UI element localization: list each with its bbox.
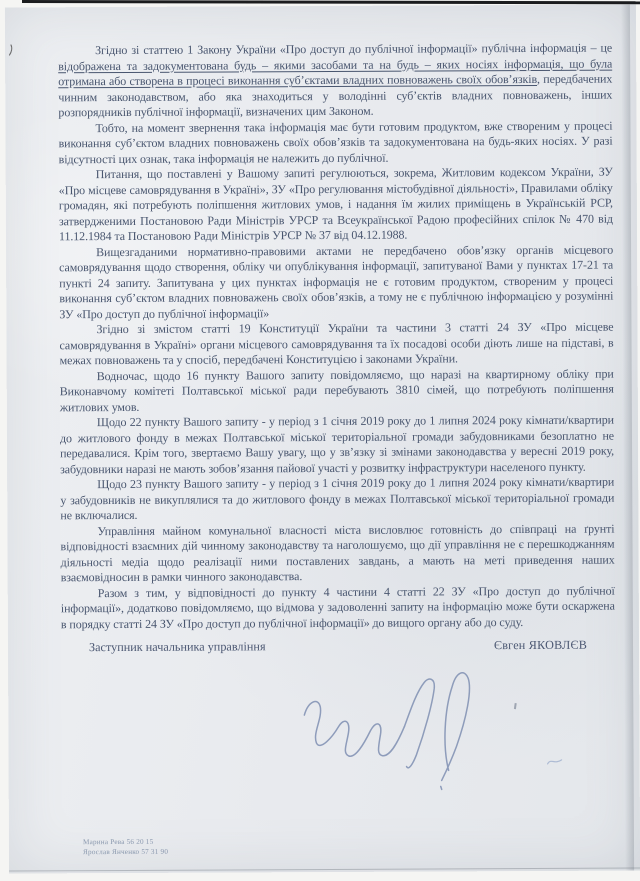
document-paragraph: Разом з тим, у відповідності до пункту 4… [61, 583, 615, 632]
signature-scribble-icon [298, 661, 484, 794]
document-paragraph: Тобто, на момент звернення така інформац… [58, 118, 612, 167]
stray-ink-tick [514, 703, 516, 709]
text-run: Тобто, на момент звернення така інформац… [59, 118, 613, 166]
text-run: Щодо 23 пункту Вашого запиту - у період … [60, 475, 614, 523]
page-right-shadow [621, 4, 634, 870]
document-paragraph: Управління майном комунальної власності … [60, 521, 614, 586]
scan-top-edge [22, 0, 640, 4]
document-body: Згідно зі статтею 1 Закону України «Про … [58, 41, 615, 633]
text-run: Водночас, щодо 16 пункту Вашого запиту п… [60, 366, 614, 414]
text-run: Щодо 22 пункту Вашого запиту - у період … [60, 413, 614, 476]
signature-row: Заступник начальника управління Євген ЯК… [61, 638, 615, 656]
scanned-page: Згідно зі статтею 1 Закону України «Про … [5, 4, 640, 873]
signer-role: Заступник начальника управління [89, 639, 266, 655]
footer-contacts: Марина Рева 56 20 15 Ярослав Янченко 57 … [83, 838, 168, 857]
signer-name: Євген ЯКОВЛЄВ [494, 638, 587, 653]
document-paragraph: Питання, що поставлені у Вашому запиті р… [59, 165, 613, 245]
text-run: Разом з тим, у відповідності до пункту 4… [61, 583, 615, 631]
page-bottom-edge [9, 867, 640, 871]
document-paragraph: Водночас, щодо 16 пункту Вашого запиту п… [60, 366, 614, 415]
contact-line-1: Марина Рева 56 20 15 [83, 838, 168, 848]
document-paragraph: Щодо 23 пункту Вашого запиту - у період … [60, 475, 614, 524]
text-run: Згідно зі статтею 1 Закону України «Про … [95, 41, 612, 58]
text-run: Вищезгаданими нормативно-правовими актам… [59, 242, 613, 321]
text-run: Згідно зі змістом статті 19 Конституції … [60, 320, 614, 368]
document-paragraph: Щодо 22 пункту Вашого запиту - у період … [60, 413, 614, 478]
document-paragraph: Вищезгаданими нормативно-правовими актам… [59, 242, 613, 322]
margin-pencil-mark-icon [8, 44, 14, 56]
contact-line-2: Ярослав Янченко 57 31 90 [83, 847, 168, 857]
underlined-text: відображена та задокументована будь – як… [58, 56, 612, 88]
text-run: Питання, що поставлені у Вашому запиті р… [59, 165, 613, 244]
document-paragraph: Згідно зі змістом статті 19 Конституції … [59, 320, 613, 369]
stray-pen-squiggle-icon [547, 757, 565, 767]
scanned-letter-screenshot: Згідно зі статтею 1 Закону України «Про … [0, 0, 640, 881]
document-paragraph: Згідно зі статтею 1 Закону України «Про … [58, 41, 612, 121]
text-run: Управління майном комунальної власності … [60, 521, 614, 584]
